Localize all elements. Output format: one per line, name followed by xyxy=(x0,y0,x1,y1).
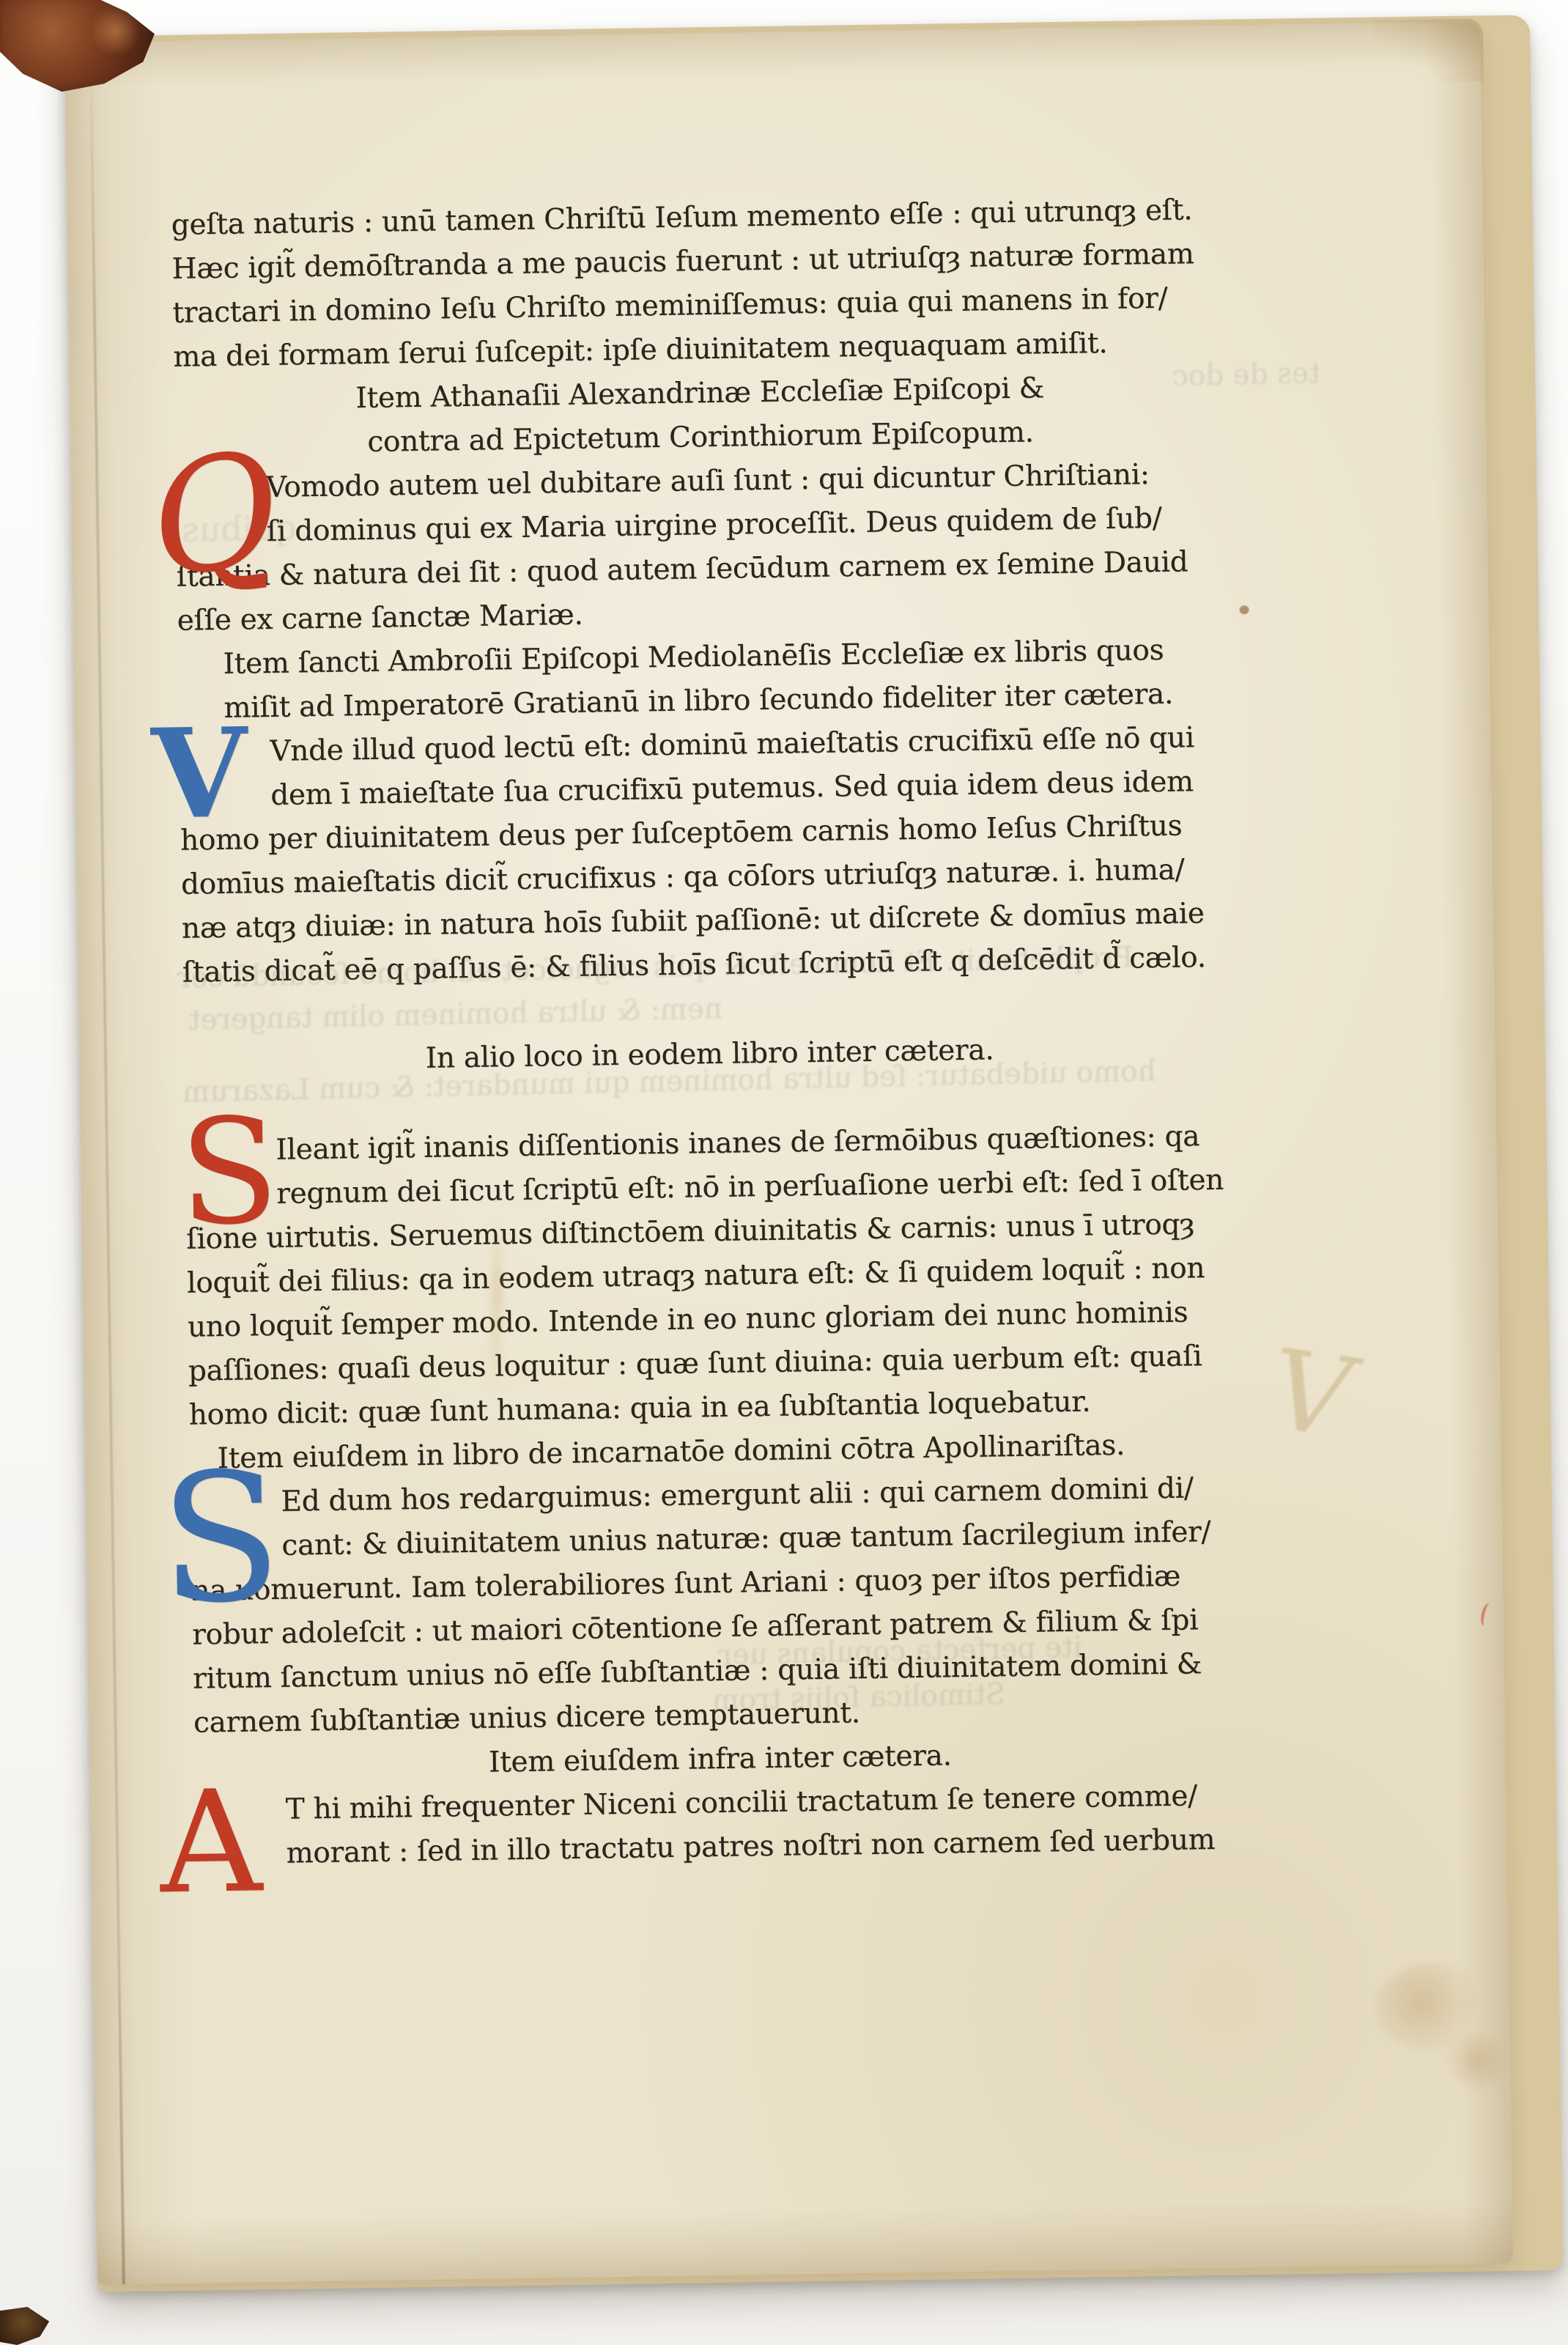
showthrough-text: tes de doc xyxy=(1172,357,1320,393)
corner-fold xyxy=(1373,18,1484,83)
text-block: SIleant igit̃ inanis diſſentionis inanes… xyxy=(185,1114,1241,1437)
red-margin-mark xyxy=(1479,1602,1495,1627)
text-block: AT hi mihi frequenter Niceni concilii tr… xyxy=(194,1773,1248,1877)
showthrough-text: quibus xyxy=(181,508,297,550)
binding-leather-bottom xyxy=(0,2307,57,2345)
text-block: geſta naturis : unū tamen Chriſtū Ieſum … xyxy=(171,188,1225,380)
gutter-crease xyxy=(89,42,125,2284)
page: geſta naturis : unū tamen Chriſtū Ieſum … xyxy=(64,21,1513,2284)
text-block: Item ſancti Ambroſii Epiſcopi Mediolanēſ… xyxy=(177,628,1231,731)
photo-scene: geſta naturis : unū tamen Chriſtū Ieſum … xyxy=(0,0,1568,2345)
text-block: Item Athanaſii Alexandrinæ Eccleſiæ Epiſ… xyxy=(174,364,1227,468)
ink-fleck xyxy=(1240,605,1249,614)
showthrough-text: Stimolica ſoliis trom xyxy=(711,1678,1005,1718)
text-block: QVomodo autem uel dubitare auſi ſunt : q… xyxy=(175,452,1229,643)
foxing-stain xyxy=(1439,2031,1513,2090)
offset-ink-mark: V xyxy=(1257,1336,1366,1454)
illuminated-initial: A xyxy=(159,1772,262,1914)
